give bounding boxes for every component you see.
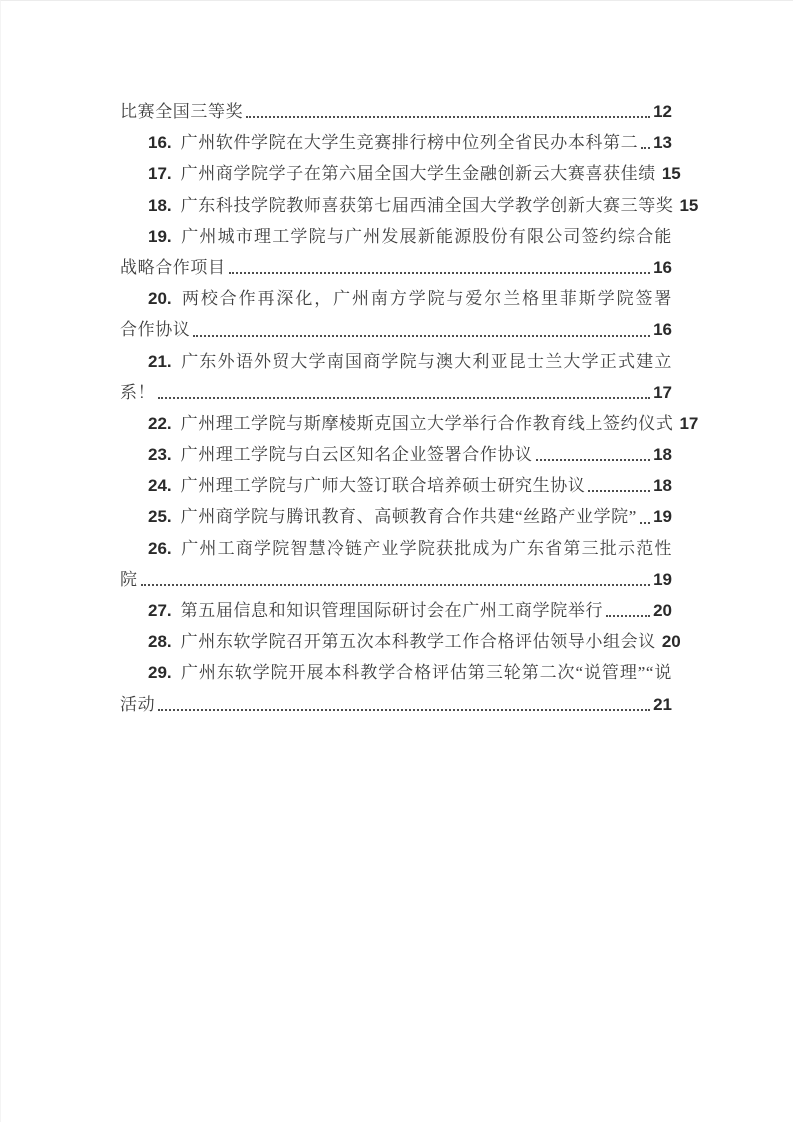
toc-entry-text: 广州商学院学子在第六届全国大学生金融创新云大赛喜获佳绩 [181, 158, 656, 189]
toc-line[interactable]: 24.广州理工学院与广师大签订联合培养硕士研究生协议18 [120, 470, 672, 501]
dot-leader [638, 127, 653, 158]
toc-entry-number: 25. [148, 501, 172, 532]
toc-page-number: 20 [662, 626, 681, 657]
toc-entry-number: 27. [148, 595, 172, 626]
dot-leader [585, 470, 653, 501]
toc-entry-number: 20. [148, 289, 172, 308]
toc-entry-text: 广州工商学院智慧冷链产业学院获批成为广东省第三批示范性产业学 [148, 539, 672, 564]
toc-entry-text: 合作协议 [120, 314, 190, 345]
toc-page-number: 20 [653, 595, 672, 626]
dot-leader [656, 158, 662, 189]
toc-entry-text: 广州东软学院召开第五次本科教学工作合格评估领导小组会议 [181, 626, 656, 657]
toc-entry-number: 19. [148, 227, 172, 246]
toc-entry-number: 17. [148, 158, 172, 189]
toc-page-number: 18 [653, 439, 672, 470]
toc-line[interactable]: 25.广州商学院与腾讯教育、高顿教育合作共建“丝路产业学院”19 [120, 501, 672, 532]
toc-line[interactable]: 20.两校合作再深化，广州南方学院与爱尔兰格里菲斯学院签署 3+1+1 项目 [120, 283, 672, 314]
toc-page-number: 17 [653, 377, 672, 408]
toc-entry-text: 广州理工学院与斯摩棱斯克国立大学举行合作教育线上签约仪式 [181, 408, 674, 439]
toc-line[interactable]: 22.广州理工学院与斯摩棱斯克国立大学举行合作教育线上签约仪式17 [120, 408, 672, 439]
toc-line[interactable]: 院19 [120, 564, 672, 595]
toc-entry-text: 广州东软学院开展本科教学合格评估第三轮第二次“说管理”“说学院” [148, 663, 672, 688]
toc-entry-number: 22. [148, 408, 172, 439]
toc-page-number: 12 [653, 96, 672, 127]
toc-page-number: 15 [679, 190, 698, 221]
toc-page-number: 15 [662, 158, 681, 189]
toc-page-number: 16 [653, 252, 672, 283]
toc-entry-number: 18. [148, 190, 172, 221]
toc-page-number: 19 [653, 564, 672, 595]
dot-leader [673, 190, 679, 221]
toc-entry-text: 第五届信息和知识管理国际研讨会在广州工商学院举行 [181, 595, 603, 626]
dot-leader [603, 595, 653, 626]
toc-line[interactable]: 16.广州软件学院在大学生竞赛排行榜中位列全省民办本科第二13 [120, 127, 672, 158]
toc-page-number: 18 [653, 470, 672, 501]
toc-entry-number: 21. [148, 352, 172, 371]
toc-entry-number: 26. [148, 539, 172, 558]
toc-entry-text: 广州理工学院与广师大签订联合培养硕士研究生协议 [181, 470, 586, 501]
dot-leader [243, 96, 653, 127]
toc-page-number: 16 [653, 314, 672, 345]
dot-leader [673, 408, 679, 439]
toc-line[interactable]: 18.广东科技学院教师喜获第七届西浦全国大学教学创新大赛三等奖15 [120, 190, 672, 221]
toc-line[interactable]: 系！17 [120, 377, 672, 408]
toc-line[interactable]: 比赛全国三等奖12 [120, 96, 672, 127]
toc-entry-number: 28. [148, 626, 172, 657]
toc-line[interactable]: 合作协议16 [120, 314, 672, 345]
toc-entry-number: 23. [148, 439, 172, 470]
toc-entry-text: 两校合作再深化，广州南方学院与爱尔兰格里菲斯学院签署 3+1+1 项目 [148, 289, 672, 314]
toc-entry-number: 24. [148, 470, 172, 501]
toc-page-number: 21 [653, 689, 672, 720]
toc-line[interactable]: 17.广州商学院学子在第六届全国大学生金融创新云大赛喜获佳绩15 [120, 158, 672, 189]
document-page: 比赛全国三等奖1216.广州软件学院在大学生竞赛排行榜中位列全省民办本科第二13… [0, 0, 793, 1122]
dot-leader [155, 377, 653, 408]
toc-entry-text: 广东外语外贸大学南国商学院与澳大利亚昆士兰大学正式建立合作关 [148, 352, 672, 377]
toc-line[interactable]: 23.广州理工学院与白云区知名企业签署合作协议18 [120, 439, 672, 470]
toc-page-number: 17 [679, 408, 698, 439]
table-of-contents: 比赛全国三等奖1216.广州软件学院在大学生竞赛排行榜中位列全省民办本科第二13… [120, 96, 672, 720]
toc-entry-number: 29. [148, 663, 172, 682]
toc-entry-text: 广州软件学院在大学生竞赛排行榜中位列全省民办本科第二 [181, 127, 639, 158]
toc-entry-text: 系！ [120, 377, 155, 408]
dot-leader [138, 564, 653, 595]
dot-leader [226, 252, 653, 283]
toc-entry-text: 广州商学院与腾讯教育、高顿教育合作共建“丝路产业学院” [181, 501, 637, 532]
dot-leader [533, 439, 653, 470]
toc-page-number: 13 [653, 127, 672, 158]
toc-entry-text: 活动 [120, 689, 155, 720]
toc-entry-text: 广州城市理工学院与广州发展新能源股份有限公司签约综合能源示范 [148, 227, 672, 252]
toc-line[interactable]: 26.广州工商学院智慧冷链产业学院获批成为广东省第三批示范性产业学 [120, 533, 672, 564]
dot-leader [190, 314, 653, 345]
toc-entry-number: 16. [148, 127, 172, 158]
toc-entry-text: 比赛全国三等奖 [120, 96, 243, 127]
dot-leader [637, 501, 653, 532]
dot-leader [656, 626, 662, 657]
toc-entry-text: 广州理工学院与白云区知名企业签署合作协议 [181, 439, 533, 470]
toc-line[interactable]: 19.广州城市理工学院与广州发展新能源股份有限公司签约综合能源示范 [120, 221, 672, 252]
toc-line[interactable]: 21.广东外语外贸大学南国商学院与澳大利亚昆士兰大学正式建立合作关 [120, 346, 672, 377]
toc-line[interactable]: 29.广州东软学院开展本科教学合格评估第三轮第二次“说管理”“说学院” [120, 657, 672, 688]
toc-line[interactable]: 战略合作项目16 [120, 252, 672, 283]
dot-leader [155, 689, 653, 720]
toc-entry-text: 广东科技学院教师喜获第七届西浦全国大学教学创新大赛三等奖 [181, 190, 674, 221]
toc-page-number: 19 [653, 501, 672, 532]
toc-line[interactable]: 活动21 [120, 689, 672, 720]
toc-line[interactable]: 27.第五届信息和知识管理国际研讨会在广州工商学院举行20 [120, 595, 672, 626]
toc-line[interactable]: 28.广州东软学院召开第五次本科教学工作合格评估领导小组会议20 [120, 626, 672, 657]
toc-entry-text: 院 [120, 564, 138, 595]
toc-entry-text: 战略合作项目 [120, 252, 226, 283]
